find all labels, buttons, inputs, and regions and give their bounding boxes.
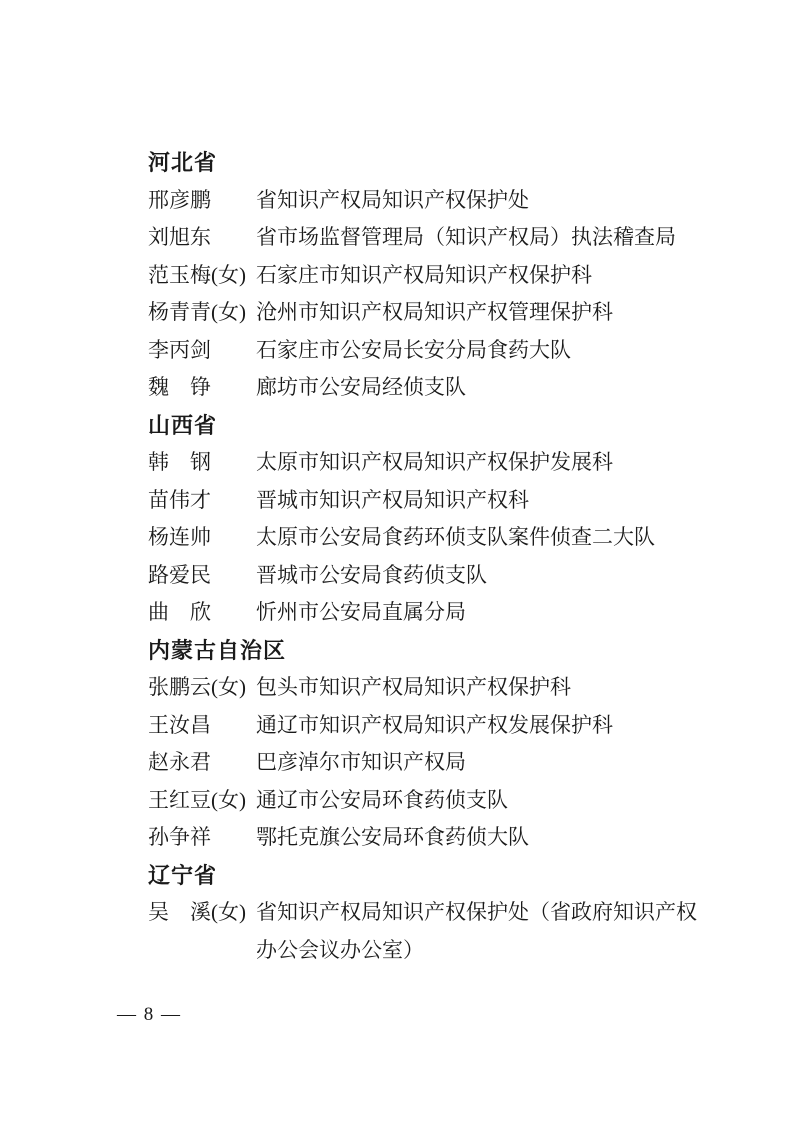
awardee-row: 曲欣 忻州市公安局直属分局 (148, 594, 704, 632)
awardee-row: 杨连帅 太原市公安局食药环侦支队案件侦查二大队 (148, 519, 704, 557)
province-entries: 吴溪 (女) 省知识产权局知识产权保护处（省政府知识产权办公会议办公室） (148, 894, 704, 969)
awardee-row: 刘旭东 省市场监督管理局（知识产权局）执法稽查局 (148, 219, 704, 257)
awardee-row: 王红豆 (女) 通辽市公安局环食药侦支队 (148, 782, 704, 820)
awardee-name: 王汝昌 (148, 707, 211, 745)
province-section: 内蒙古自治区 张鹏云 (女) 包头市知识产权局知识产权保护科 王汝昌 通辽市知识… (148, 632, 704, 857)
awardee-row: 苗伟才 晋城市知识产权局知识产权科 (148, 482, 704, 520)
awardee-name: 张鹏云 (148, 669, 211, 707)
province-section: 辽宁省 吴溪 (女) 省知识产权局知识产权保护处（省政府知识产权办公会议办公室） (148, 857, 704, 970)
awardee-row: 路爱民 晋城市公安局食药侦支队 (148, 557, 704, 595)
awardee-gender-marker: (女) (211, 294, 256, 332)
page-number: — 8 — (117, 1000, 182, 1030)
awardee-organization: 廊坊市公安局经侦支队 (256, 369, 704, 407)
awardee-row: 杨青青 (女) 沧州市知识产权局知识产权管理保护科 (148, 294, 704, 332)
awardee-gender-marker: (女) (211, 894, 256, 932)
awardee-name: 魏铮 (148, 369, 211, 407)
province-section: 山西省 韩钢 太原市知识产权局知识产权保护发展科 苗伟才 晋城市知识产权局知识产… (148, 407, 704, 632)
awardee-row: 邢彦鹏 省知识产权局知识产权保护处 (148, 182, 704, 220)
awardee-organization: 忻州市公安局直属分局 (256, 594, 704, 632)
awardee-row: 吴溪 (女) 省知识产权局知识产权保护处（省政府知识产权办公会议办公室） (148, 894, 704, 969)
awardee-gender-marker: (女) (211, 782, 256, 820)
awardee-organization: 晋城市知识产权局知识产权科 (256, 482, 704, 520)
awardee-organization: 省知识产权局知识产权保护处（省政府知识产权办公会议办公室） (256, 894, 704, 969)
awardee-name: 刘旭东 (148, 219, 211, 257)
awardee-name: 杨连帅 (148, 519, 211, 557)
awardee-organization: 省知识产权局知识产权保护处 (256, 182, 704, 220)
awardee-organization: 太原市知识产权局知识产权保护发展科 (256, 444, 704, 482)
awardee-organization: 省市场监督管理局（知识产权局）执法稽查局 (256, 219, 704, 257)
awardee-row: 张鹏云 (女) 包头市知识产权局知识产权保护科 (148, 669, 704, 707)
awardee-name: 路爱民 (148, 557, 211, 595)
awardee-row: 赵永君 巴彦淖尔市知识产权局 (148, 744, 704, 782)
awardee-name: 曲欣 (148, 594, 211, 632)
awardee-name: 范玉梅 (148, 257, 211, 295)
province-section: 河北省 邢彦鹏 省知识产权局知识产权保护处 刘旭东 省市场监督管理局（知识产权局… (148, 144, 704, 407)
awardee-row: 魏铮 廊坊市公安局经侦支队 (148, 369, 704, 407)
awardee-organization: 太原市公安局食药环侦支队案件侦查二大队 (256, 519, 704, 557)
province-header: 山西省 (148, 407, 704, 445)
awardee-name: 吴溪 (148, 894, 211, 932)
province-entries: 张鹏云 (女) 包头市知识产权局知识产权保护科 王汝昌 通辽市知识产权局知识产权… (148, 669, 704, 857)
province-entries: 邢彦鹏 省知识产权局知识产权保护处 刘旭东 省市场监督管理局（知识产权局）执法稽… (148, 182, 704, 407)
awardee-organization: 石家庄市知识产权局知识产权保护科 (256, 257, 704, 295)
awardee-name: 邢彦鹏 (148, 182, 211, 220)
province-header: 辽宁省 (148, 857, 704, 895)
awardee-row: 李丙剑 石家庄市公安局长安分局食药大队 (148, 332, 704, 370)
awardee-name: 苗伟才 (148, 482, 211, 520)
awardee-row: 孙争祥 鄂托克旗公安局环食药侦大队 (148, 819, 704, 857)
awardee-name: 杨青青 (148, 294, 211, 332)
awardee-organization: 晋城市公安局食药侦支队 (256, 557, 704, 595)
awardee-name: 王红豆 (148, 782, 211, 820)
province-header: 内蒙古自治区 (148, 632, 704, 670)
province-entries: 韩钢 太原市知识产权局知识产权保护发展科 苗伟才 晋城市知识产权局知识产权科 杨… (148, 444, 704, 632)
awardee-organization: 通辽市知识产权局知识产权发展保护科 (256, 707, 704, 745)
awardee-name: 赵永君 (148, 744, 211, 782)
awardee-name: 孙争祥 (148, 819, 211, 857)
awardee-row: 范玉梅 (女) 石家庄市知识产权局知识产权保护科 (148, 257, 704, 295)
awardee-gender-marker: (女) (211, 669, 256, 707)
awardee-organization: 沧州市知识产权局知识产权管理保护科 (256, 294, 704, 332)
awardee-list: 河北省 邢彦鹏 省知识产权局知识产权保护处 刘旭东 省市场监督管理局（知识产权局… (148, 144, 704, 969)
awardee-organization: 石家庄市公安局长安分局食药大队 (256, 332, 704, 370)
awardee-organization: 鄂托克旗公安局环食药侦大队 (256, 819, 704, 857)
awardee-organization: 通辽市公安局环食药侦支队 (256, 782, 704, 820)
awardee-name: 李丙剑 (148, 332, 211, 370)
document-page: 河北省 邢彦鹏 省知识产权局知识产权保护处 刘旭东 省市场监督管理局（知识产权局… (0, 0, 793, 1122)
awardee-organization: 包头市知识产权局知识产权保护科 (256, 669, 704, 707)
awardee-name: 韩钢 (148, 444, 211, 482)
awardee-row: 王汝昌 通辽市知识产权局知识产权发展保护科 (148, 707, 704, 745)
awardee-organization: 巴彦淖尔市知识产权局 (256, 744, 704, 782)
awardee-gender-marker: (女) (211, 257, 256, 295)
awardee-row: 韩钢 太原市知识产权局知识产权保护发展科 (148, 444, 704, 482)
province-header: 河北省 (148, 144, 704, 182)
